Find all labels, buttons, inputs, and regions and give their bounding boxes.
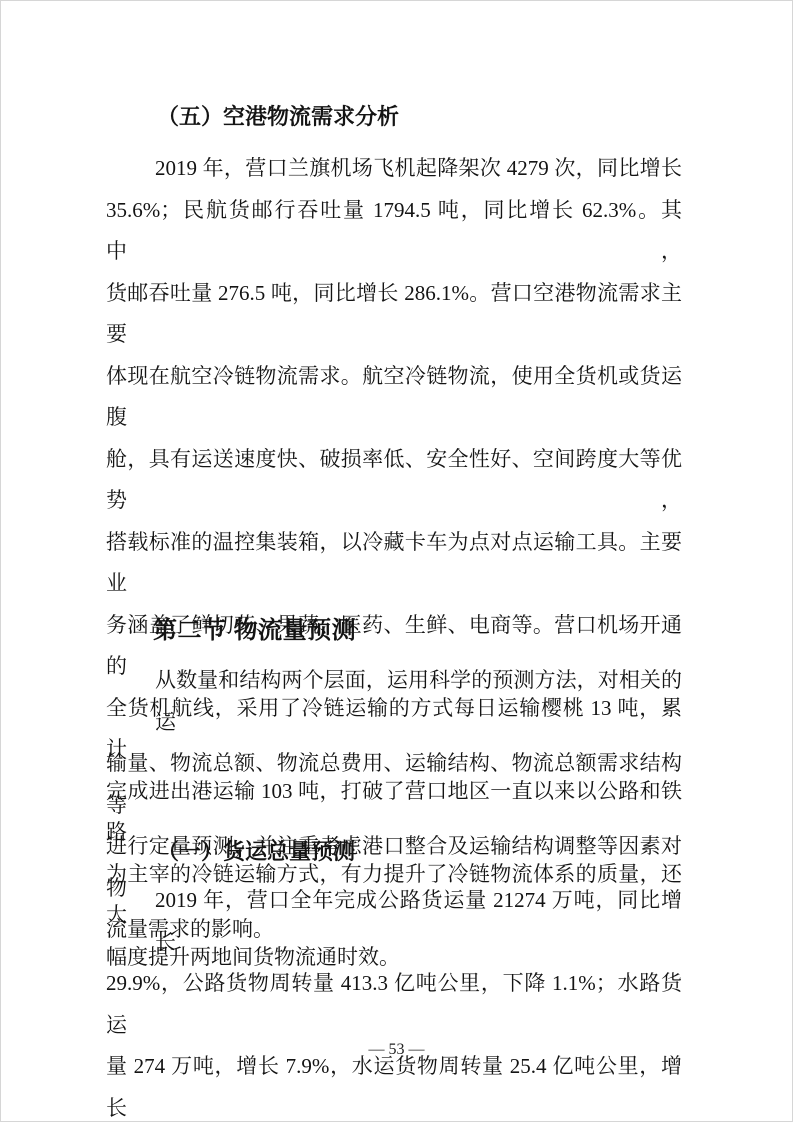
text-line: 35.6%；民航货邮行吞吐量 1794.5 吨，同比增长 62.3%。其中， (106, 190, 682, 273)
text-line: 从数量和结构两个层面，运用科学的预测方法，对相关的运 (106, 660, 682, 743)
document-page: （五）空港物流需求分析 2019 年，营口兰旗机场飞机起降架次 4279 次，同… (0, 0, 793, 1122)
text-line: 舱，具有运送速度快、破损率低、安全性好、空间跨度大等优势， (106, 439, 682, 522)
paragraph-freight-volume-2019: 2019 年，营口全年完成公路货运量 21274 万吨，同比增长 29.9%，公… (106, 880, 682, 1122)
text-line: 2019 年，营口兰旗机场飞机起降架次 4279 次，同比增长 (106, 148, 682, 190)
page-number: — 53 — (0, 1040, 793, 1060)
heading-section-2: 第二节 物流量预测 (106, 615, 706, 647)
text-line: 货邮吞吐量 276.5 吨，同比增长 286.1%。营口空港物流需求主要 (106, 273, 682, 356)
heading-section-5: （五）空港物流需求分析 (106, 102, 706, 132)
text-line: 输量、物流总额、物流总费用、运输结构、物流总额需求结构等 (106, 743, 682, 826)
text-line: 体现在航空冷链物流需求。航空冷链物流，使用全货机或货运腹 (106, 356, 682, 439)
heading-subsection-1: （一）货运总量预测 (106, 837, 706, 867)
text-line: 2019 年，营口全年完成公路货运量 21274 万吨，同比增长 (106, 880, 682, 963)
text-line: 搭载标准的温控集装箱，以冷藏卡车为点对点运输工具。主要业 (106, 522, 682, 605)
text-line: 29.9%，公路货物周转量 413.3 亿吨公里，下降 1.1%；水路货运 (106, 963, 682, 1046)
